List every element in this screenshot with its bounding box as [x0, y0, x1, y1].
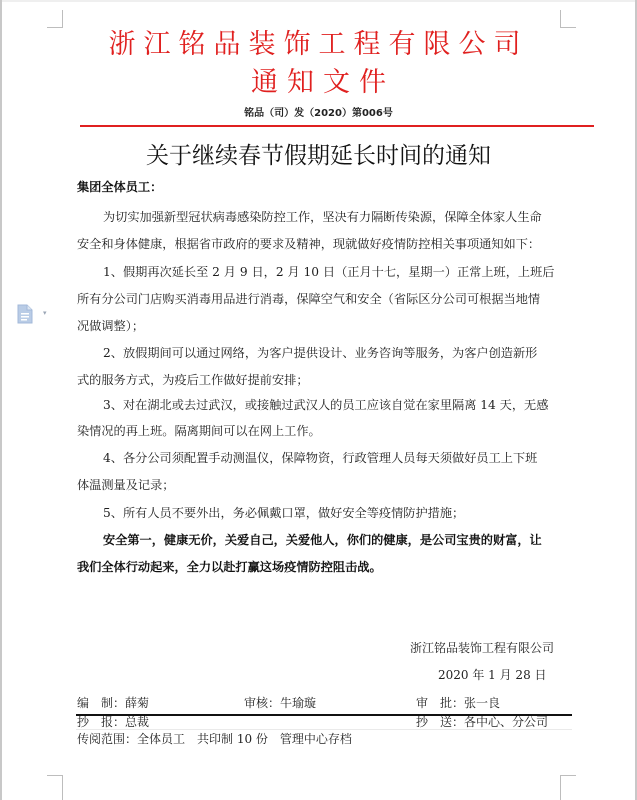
signature-company: 浙江铭品装饰工程有限公司 [410, 639, 554, 656]
signature-date: 2020 年 1 月 28 日 [438, 666, 547, 683]
page-top-edge [0, 0, 637, 2]
margin-corner-mark-bottom-left [47, 775, 63, 800]
footer-copy-to: 抄 送：各中心、分公司 [416, 713, 548, 730]
item-4-line-1: 4、各分公司须配置手动测温仪，保障物资，行政管理人员每天须做好员工上下班 [77, 450, 567, 466]
margin-corner-mark-bottom-right [560, 775, 576, 800]
document-number: 铭品（司）发（2020）第006号 [0, 104, 637, 119]
footer-reviewer: 审核：牛瑜璇 [244, 694, 316, 711]
item-5-line-1: 5、所有人员不要外出，务必佩戴口罩，做好安全等疫情防护措施； [77, 505, 567, 521]
chevron-down-icon[interactable]: ▾ [43, 309, 47, 317]
red-header-divider [80, 125, 594, 127]
item-3-line-1: 3、对在湖北或去过武汉，或接触过武汉人的员工应该自觉在家里隔离 14 天，无感 [77, 397, 567, 413]
footer-approver: 审 批：张一良 [416, 694, 500, 711]
document-icon[interactable] [17, 304, 33, 324]
notice-subject: 关于继续春节假期延长时间的通知 [0, 140, 637, 172]
item-4-line-2: 体温测量及记录； [77, 477, 567, 493]
item-1-line-3: 况做调整）； [77, 318, 567, 334]
item-2-line-2: 式的服务方式，为疫后工作做好提前安排； [77, 372, 567, 388]
item-1-line-2: 所有分公司门店购买消毒用品进行消毒，保障空气和安全（省际区分公司可根据当地情 [77, 291, 567, 307]
footer-report-to: 抄 报：总裁 [77, 713, 149, 730]
footer-editor: 编 制：薛菊 [77, 694, 149, 711]
margin-corner-mark-top-right [560, 10, 576, 28]
page-left-edge [0, 0, 2, 800]
salutation: 集团全体员工： [77, 179, 567, 195]
intro-line-1: 为切实加强新型冠状病毒感染防控工作，坚决有力隔断传染源，保障全体家人生命 [77, 209, 567, 225]
item-2-line-1: 2、放假期间可以通过网络，为客户提供设计、业务咨询等服务，为客户创造新形 [77, 345, 567, 361]
footer-distribution: 传阅范围：全体员工 共印制 10 份 管理中心存档 [77, 730, 352, 747]
closing-line-1: 安全第一，健康无价，关爱自己，关爱他人，你们的健康，是公司宝贵的财富，让 [77, 532, 567, 548]
intro-line-2: 安全和身体健康，根据省市政府的要求及精神，现就做好疫情防控相关事项通知如下： [77, 236, 567, 252]
margin-corner-mark-top-left [47, 10, 63, 28]
notice-title: 通知文件 [0, 65, 637, 101]
closing-line-2: 我们全体行动起来，全力以赴打赢这场疫情防控阻击战。 [77, 559, 567, 575]
item-3-line-2: 染情况的再上班。隔离期间可以在网上工作。 [77, 423, 567, 439]
company-title: 浙江铭品装饰工程有限公司 [0, 27, 637, 63]
item-1-line-1: 1、假期再次延长至 2 月 9 日，2 月 10 日（正月十七，星期一）正常上班… [77, 264, 567, 280]
